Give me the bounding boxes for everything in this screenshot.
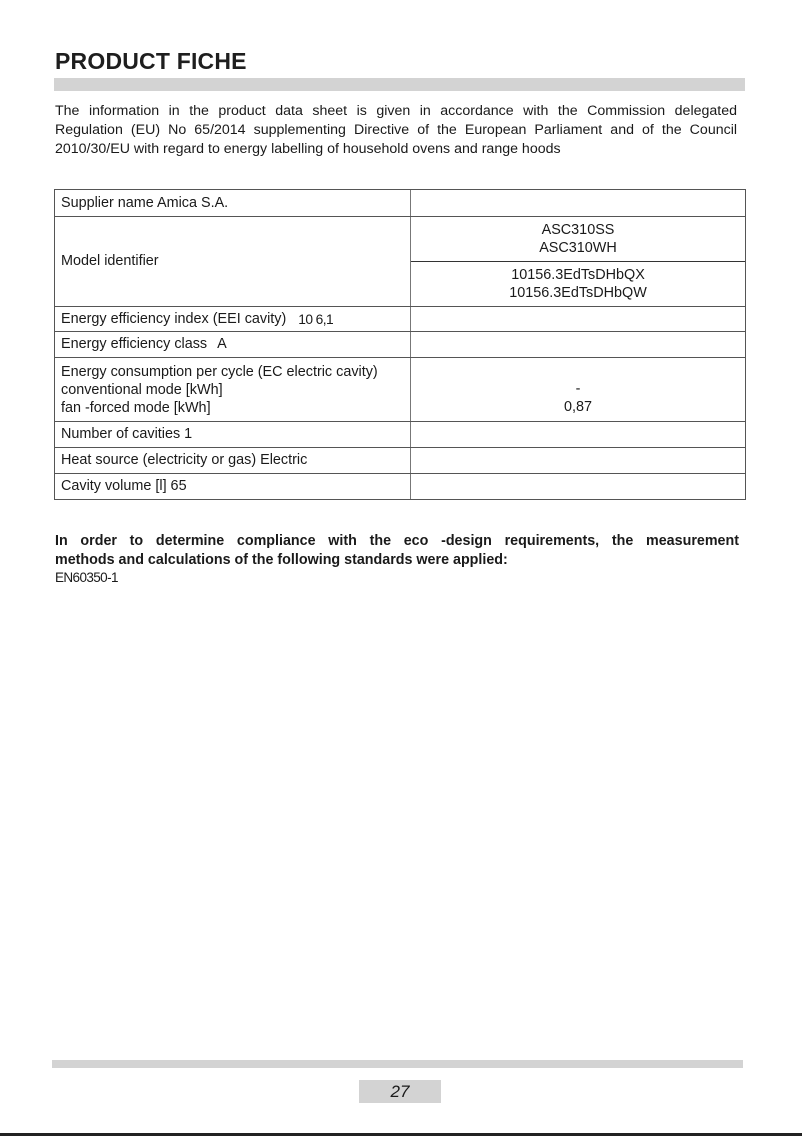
table-row-energy-consumption: Energy consumption per cycle (EC electri…	[55, 358, 745, 422]
table-row-heat-source: Heat source (electricity or gas) Electri…	[55, 448, 745, 474]
applied-standard: EN60350-1	[55, 569, 118, 586]
energy-class-right-value	[411, 332, 745, 357]
model-names-group: ASC310SS ASC310WH	[411, 217, 745, 262]
page-title: PRODUCT FICHE	[55, 47, 247, 75]
fan-forced-mode-value: 0,87	[564, 398, 592, 416]
model-codes-group: 10156.3EdTsDHbQX 10156.3EdTsDHbQW	[411, 262, 745, 306]
compliance-paragraph: In order to determine compliance with th…	[55, 532, 739, 570]
model-identifier-label: Model identifier	[55, 217, 411, 306]
table-row-cavities: Number of cavities 1	[55, 422, 745, 448]
table-row-energy-class: Energy efficiency classA	[55, 332, 745, 358]
heat-source-right-value	[411, 448, 745, 473]
model-identifier-values: ASC310SS ASC310WH 10156.3EdTsDHbQX 10156…	[411, 217, 745, 306]
table-row-supplier: Supplier name Amica S.A.	[55, 190, 745, 217]
model-code: 10156.3EdTsDHbQX	[511, 266, 645, 284]
cavities-label: Number of cavities 1	[55, 422, 411, 447]
intro-line: The information in the product data shee…	[55, 102, 737, 121]
model-name: ASC310SS	[542, 221, 615, 239]
cavity-volume-label: Cavity volume [l] 65	[55, 474, 411, 499]
footer-divider-bar	[52, 1060, 743, 1068]
model-name: ASC310WH	[539, 239, 617, 257]
energy-class-label: Energy efficiency classA	[55, 332, 411, 357]
heat-source-label: Heat source (electricity or gas) Electri…	[55, 448, 411, 473]
supplier-value	[411, 190, 745, 216]
intro-paragraph: The information in the product data shee…	[55, 102, 737, 159]
energy-consumption-label: Energy consumption per cycle (EC electri…	[55, 358, 411, 421]
cavity-volume-right-value	[411, 474, 745, 499]
page-number: 27	[359, 1080, 441, 1103]
cavities-right-value	[411, 422, 745, 447]
eei-label: Energy efficiency index (EEI cavity)10 6…	[55, 307, 411, 331]
intro-line: Regulation (EU) No 65/2014 supplementing…	[55, 121, 737, 140]
energy-class-label-text: Energy efficiency class	[61, 335, 207, 354]
energy-consumption-values: - 0,87	[411, 358, 745, 421]
table-row-eei: Energy efficiency index (EEI cavity)10 6…	[55, 307, 745, 332]
supplier-label: Supplier name Amica S.A.	[55, 190, 411, 216]
table-row-model-identifier: Model identifier ASC310SS ASC310WH 10156…	[55, 217, 745, 307]
conventional-mode-label: conventional mode [kWh]	[61, 381, 223, 399]
energy-class-value: A	[217, 335, 227, 354]
compliance-line: methods and calculations of the followin…	[55, 551, 739, 570]
table-row-cavity-volume: Cavity volume [l] 65	[55, 474, 745, 499]
model-code: 10156.3EdTsDHbQW	[509, 284, 647, 302]
fan-forced-mode-label: fan -forced mode [kWh]	[61, 399, 211, 417]
eei-right-value	[411, 307, 745, 331]
energy-consumption-label-line: Energy consumption per cycle (EC electri…	[61, 363, 378, 381]
eei-value: 10 6,1	[298, 310, 333, 329]
product-fiche-table: Supplier name Amica S.A. Model identifie…	[54, 189, 746, 500]
eei-label-text: Energy efficiency index (EEI cavity)	[61, 310, 286, 329]
compliance-line: In order to determine compliance with th…	[55, 532, 739, 551]
intro-line: 2010/30/EU with regard to energy labelli…	[55, 140, 737, 159]
title-divider-bar	[54, 78, 745, 91]
conventional-mode-value: -	[576, 380, 581, 398]
